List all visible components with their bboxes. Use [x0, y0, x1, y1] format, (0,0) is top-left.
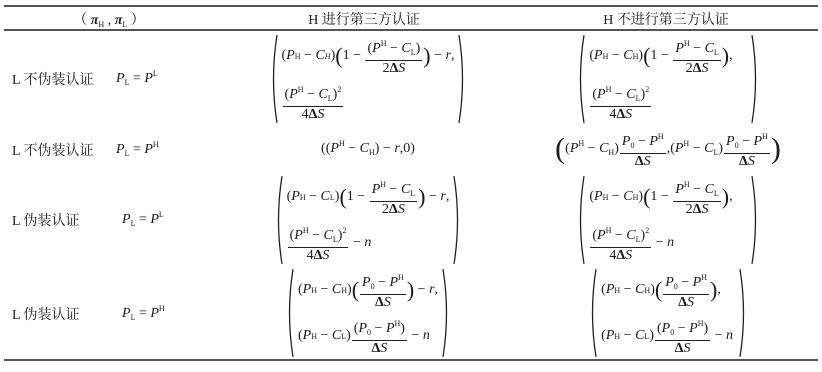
row-condition: PL = PL: [122, 210, 164, 228]
table-row: L 伪装认证 PL = PL (PH − CL)(1 − PH − CL2ΔS)…: [4, 174, 818, 264]
table-row: L 不伪装认证 PL = PL (PH − CH)(1 − (PH − CL)2…: [4, 33, 818, 123]
payoff-h-not-certify: (PH − CH)(1 − PH − CL2ΔS), (PH − CL)24ΔS: [518, 37, 818, 121]
header-payoff-pair: （ πH , πL ）: [4, 9, 214, 29]
row-condition: PL = PH: [122, 304, 165, 322]
payoff-h-certify: (PH − CH)(1 − (PH − CL)2ΔS) − r, (PH − C…: [218, 37, 518, 121]
table-row: L 伪装认证 PL = PH (PH − CH)(P0 − PHΔS) − r,…: [4, 266, 818, 356]
payoff-h-certify: ((PH − CH) − r,0): [218, 130, 518, 166]
left-paren-icon: [269, 34, 278, 124]
row-label: L 伪装认证: [12, 304, 80, 324]
left-paren-icon: [274, 175, 283, 265]
left-paren-icon: [285, 268, 294, 358]
left-paren-icon: [576, 175, 585, 265]
payoff-h-not-certify: (PH − CH)(P0 − PHΔS), (PH − CL)(P0 − PH)…: [518, 272, 818, 354]
table-row: L 不伪装认证 PL = PH ((PH − CH) − r,0) ((PH −…: [4, 126, 818, 172]
table-top-rule: [4, 5, 818, 7]
right-paren-icon: [751, 34, 760, 124]
row-label: L 不伪装认证: [12, 140, 94, 160]
right-paren-icon: [442, 268, 451, 358]
row-label: L 伪装认证: [12, 210, 80, 230]
payoff-h-not-certify: (PH − CH)(1 − PH − CL2ΔS), (PH − CL)24ΔS…: [518, 178, 818, 262]
row-label: L 不伪装认证: [12, 69, 94, 89]
payoff-h-certify: (PH − CH)(P0 − PHΔS) − r, (PH − CL)(P0 −…: [218, 272, 518, 354]
right-paren-icon: [751, 175, 760, 265]
right-paren-icon: [458, 34, 467, 124]
row-condition: PL = PH: [116, 140, 159, 158]
header-h-certify: H 进行第三方认证: [214, 9, 514, 29]
right-paren-icon: [453, 175, 462, 265]
payoff-h-certify: (PH − CL)(1 − PH − CL2ΔS) − r, (PH − CL)…: [218, 178, 518, 262]
table-header-rule: [4, 29, 818, 31]
left-paren-icon: [576, 34, 585, 124]
payoff-h-not-certify: ((PH − CH)P0 − PHΔS,(PH − CL)P0 − PHΔS): [518, 128, 818, 170]
row-condition: PL = PL: [116, 69, 158, 87]
right-paren-icon: [739, 268, 748, 358]
left-paren-icon: [588, 268, 597, 358]
header-h-not-certify: H 不进行第三方认证: [514, 9, 818, 29]
table-bottom-rule: [4, 359, 818, 361]
